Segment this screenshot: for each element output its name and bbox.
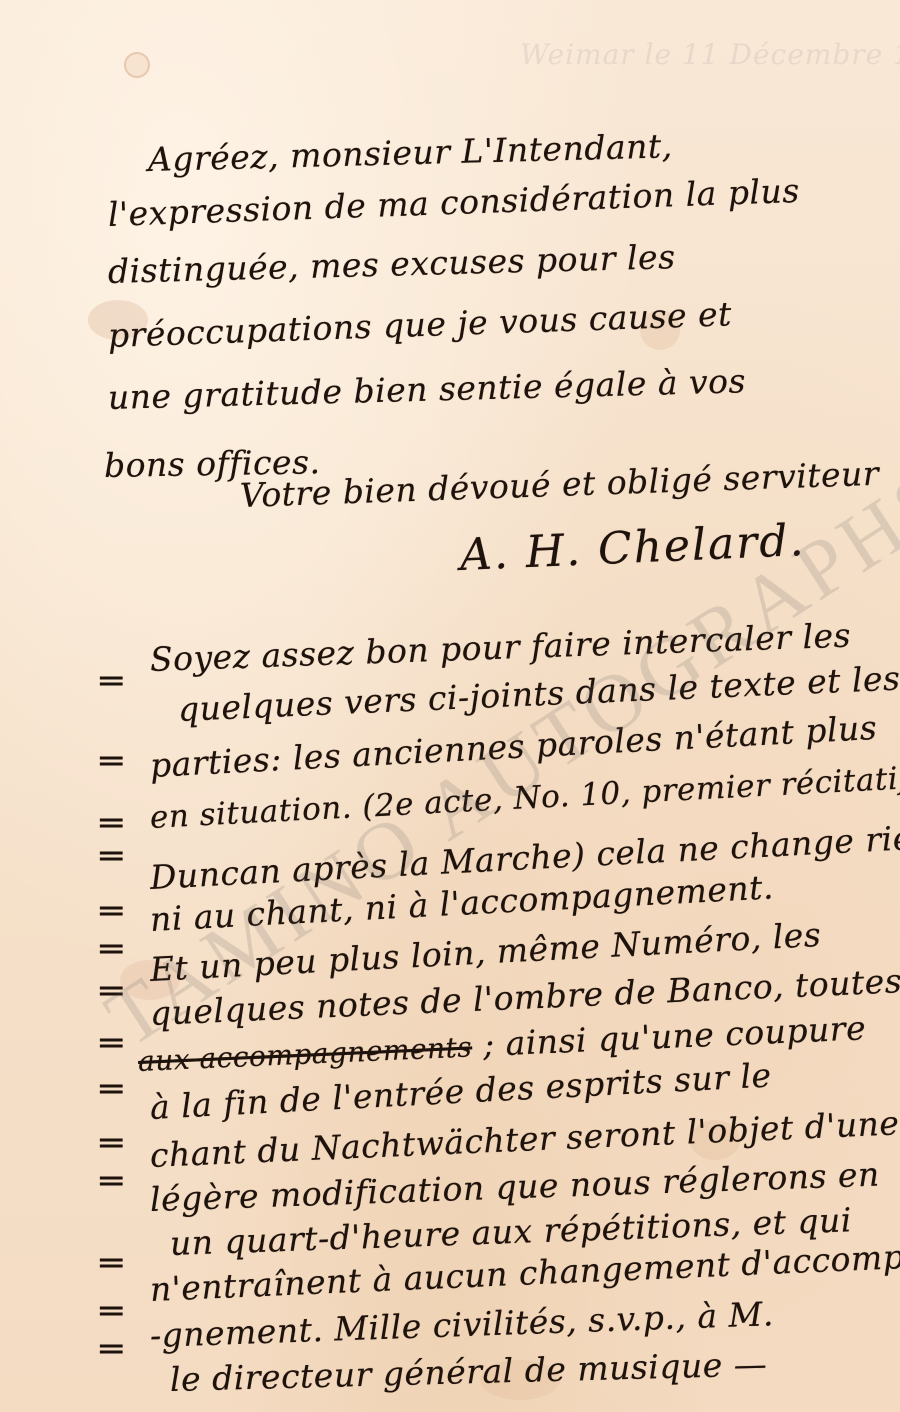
postscript-line-continuation: ; ainsi qu'une coupure	[482, 1008, 867, 1064]
closing-line: préoccupations que je vous cause et	[107, 294, 732, 355]
margin-mark: =	[96, 1250, 127, 1276]
paper-stain	[124, 52, 150, 78]
margin-mark: =	[96, 936, 127, 962]
postscript-line: le directeur général de musique —	[169, 1344, 767, 1399]
closing-line: Agréez, monsieur L'Intendant,	[147, 126, 673, 179]
margin-mark: =	[96, 1076, 127, 1102]
margin-mark: =	[96, 978, 127, 1004]
margin-mark: =	[96, 898, 127, 924]
sign-off: Votre bien dévoué et obligé serviteur	[239, 454, 879, 515]
margin-mark: =	[96, 1130, 127, 1156]
margin-mark: =	[96, 1168, 127, 1194]
closing-line: une gratitude bien sentie égale à vos	[107, 361, 746, 417]
letter-page: Weimar le 11 Décembre 1850 Agréez, monsi…	[0, 0, 900, 1412]
margin-mark: =	[96, 810, 127, 836]
margin-mark: =	[96, 1298, 127, 1324]
closing-line: l'expression de ma considération la plus	[107, 171, 800, 234]
margin-mark: =	[96, 843, 127, 869]
struck-through-text: aux accompagnements	[137, 1030, 472, 1078]
bleed-through-header: Weimar le 11 Décembre 1850	[520, 38, 900, 71]
margin-mark: =	[96, 1030, 127, 1056]
margin-mark: =	[96, 668, 127, 694]
margin-mark: =	[96, 1336, 127, 1362]
closing-line: distinguée, mes excuses pour les	[107, 237, 675, 291]
signature: A. H. Chelard.	[459, 515, 807, 581]
margin-mark: =	[96, 748, 127, 774]
